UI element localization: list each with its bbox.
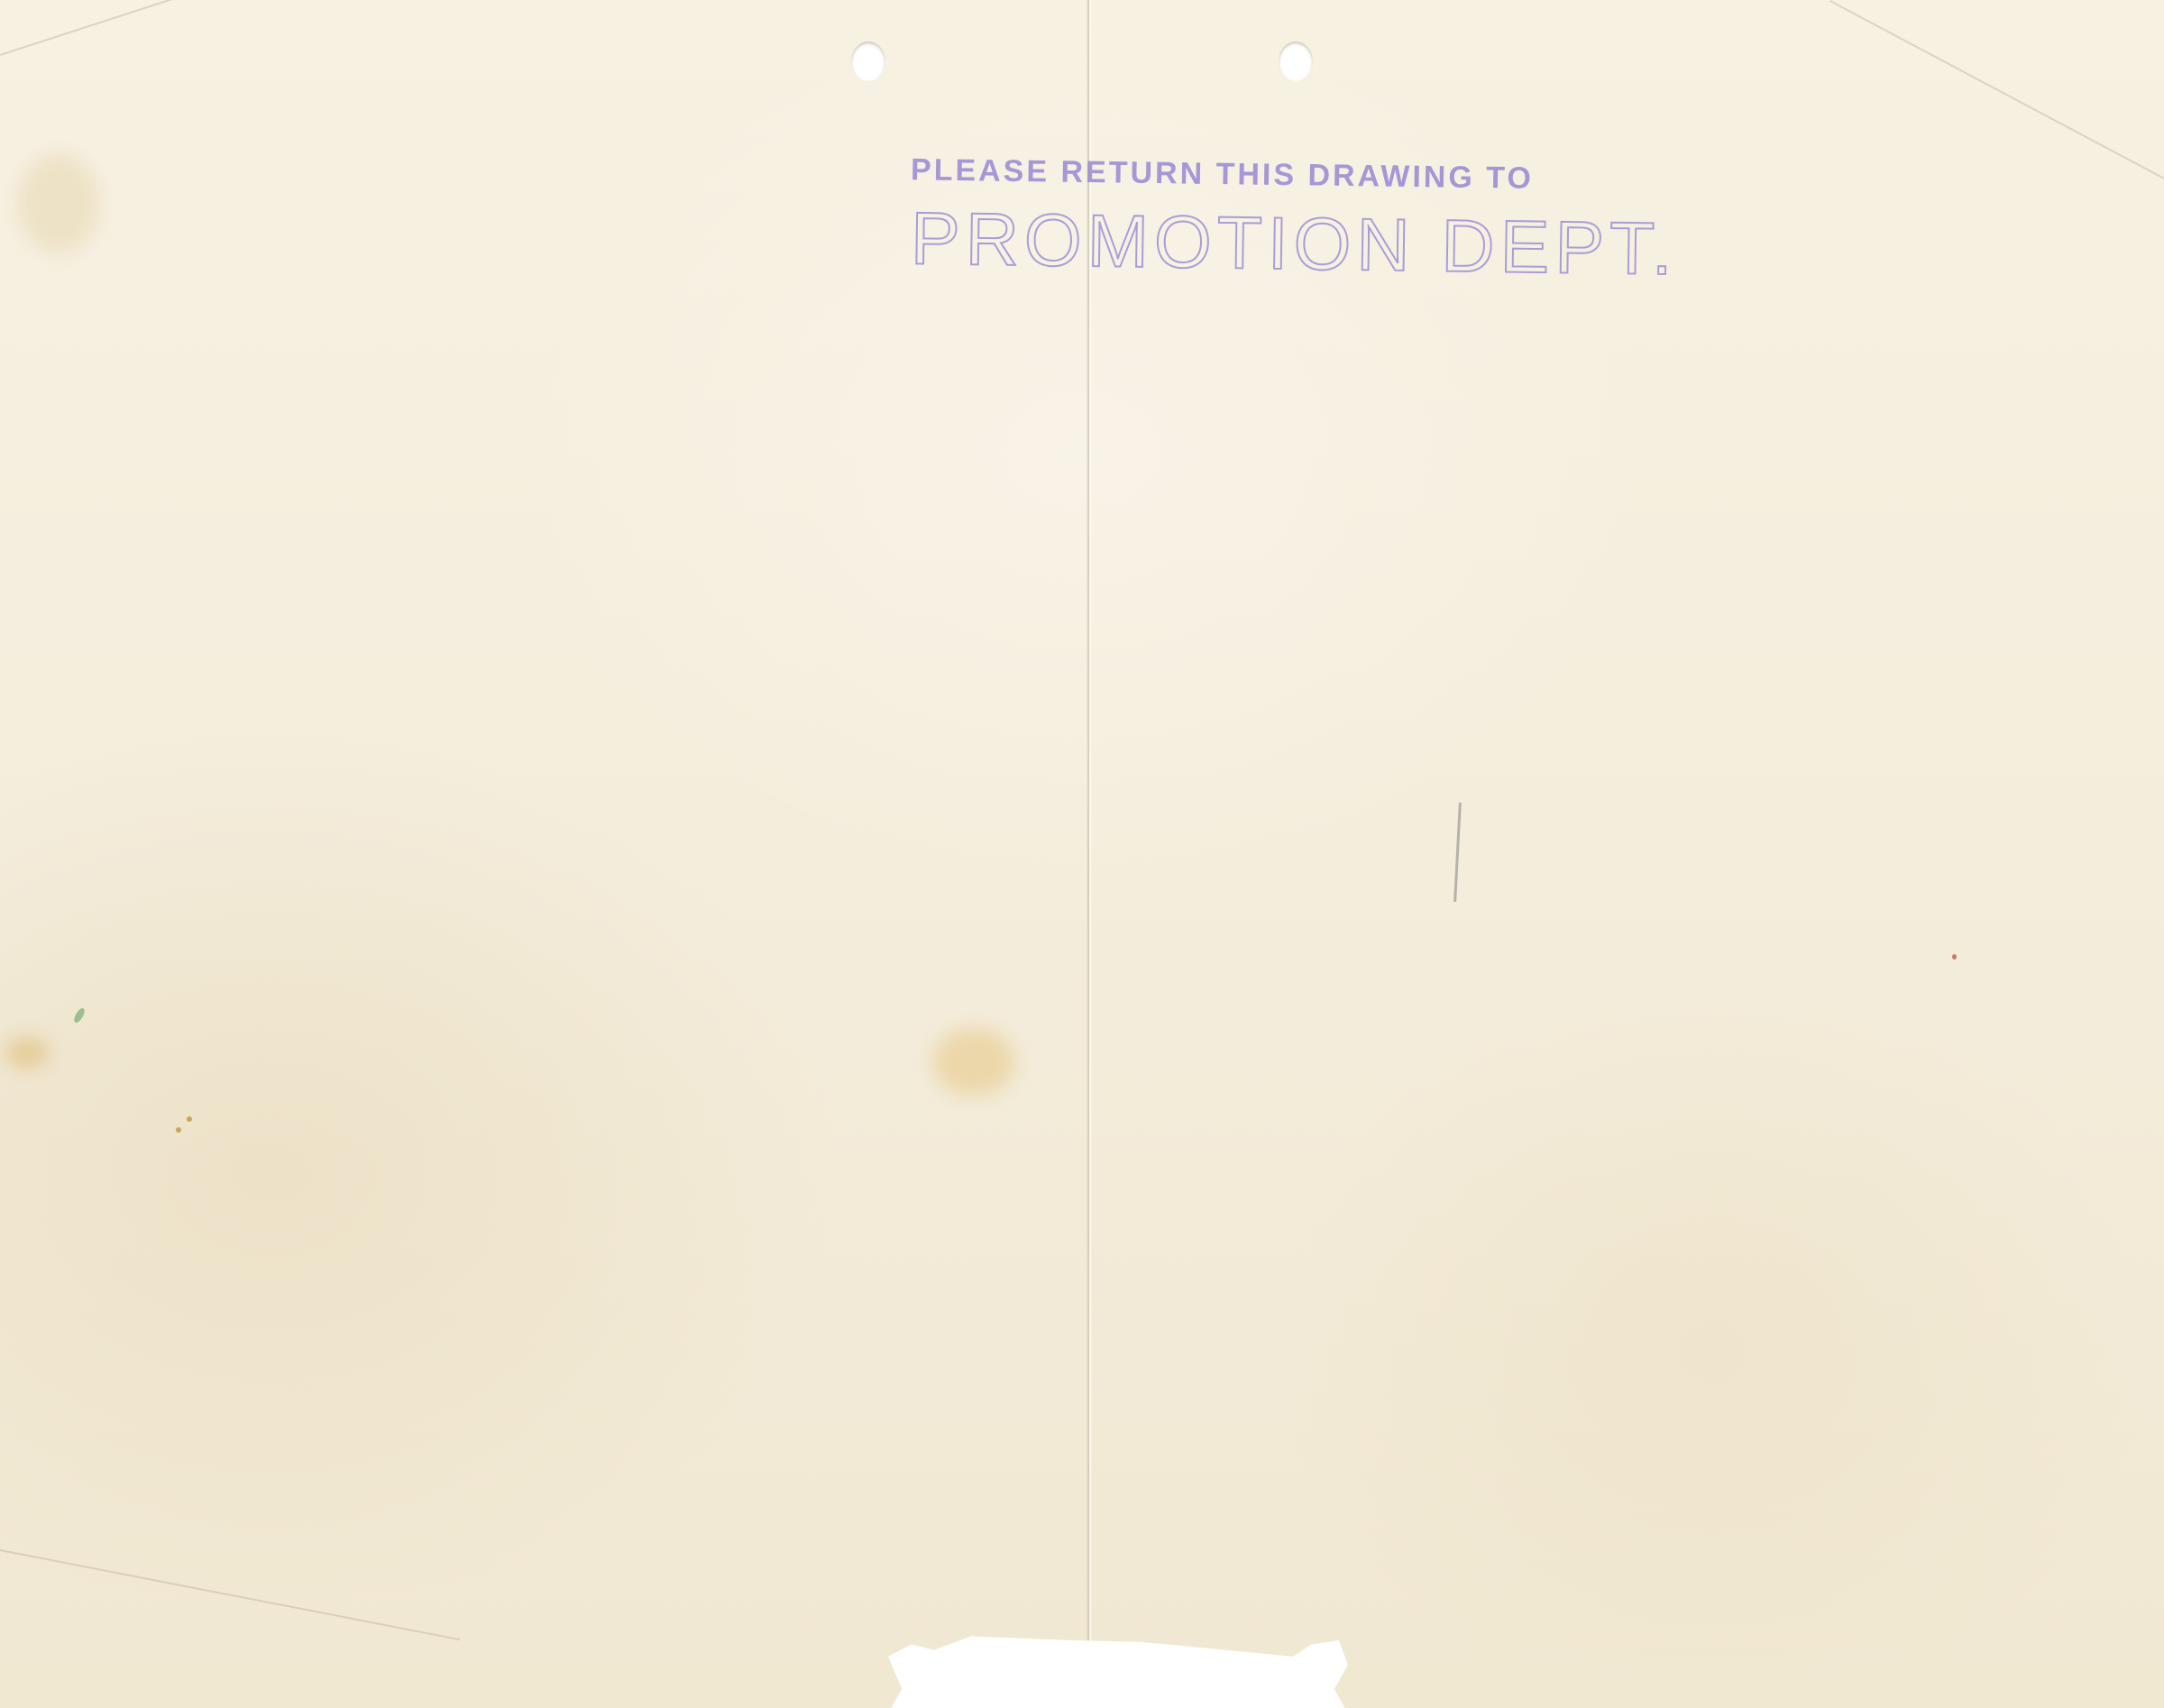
paper-sheet: PLEASE RETURN THIS DRAWING TO PROMOTION … xyxy=(0,0,2164,1708)
corner-crease-bottom-left xyxy=(0,1549,460,1640)
stamp-line-1: PLEASE RETURN THIS DRAWING TO xyxy=(911,152,1650,197)
torn-bottom-edge xyxy=(888,1632,1348,1708)
gold-speck xyxy=(176,1127,181,1133)
pencil-mark xyxy=(1453,803,1462,902)
stain-top-left xyxy=(18,153,99,253)
punch-hole-left xyxy=(851,41,885,81)
corner-crease-top-right xyxy=(1829,0,2164,222)
stamp-line-2: PROMOTION DEPT. xyxy=(910,197,1650,291)
red-speck xyxy=(1952,954,1957,960)
green-speck xyxy=(72,1006,87,1024)
punch-hole-right xyxy=(1279,41,1313,81)
stain-left-edge xyxy=(5,1037,50,1069)
stain-center xyxy=(933,1028,1014,1096)
corner-crease-top-left xyxy=(0,0,180,56)
gold-speck xyxy=(187,1116,192,1122)
return-stamp: PLEASE RETURN THIS DRAWING TO PROMOTION … xyxy=(911,158,1650,287)
